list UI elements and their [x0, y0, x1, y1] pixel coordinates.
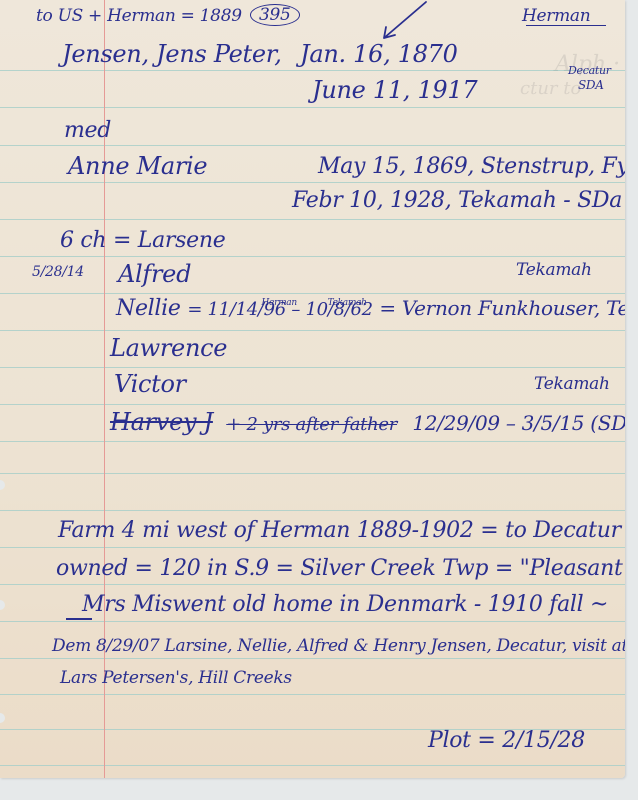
ruled-line [0, 658, 625, 659]
birth-place-note: Herman [262, 298, 297, 308]
ruled-line [0, 441, 625, 442]
child-name-lawrence: Lawrence [110, 334, 227, 362]
edge-tear [0, 480, 5, 490]
spouse-death: Febr 10, 1928, Tekamah - SDa Decatur [292, 188, 625, 213]
ruled-line [0, 473, 625, 474]
margin-line [104, 0, 105, 778]
ruled-line [0, 293, 625, 294]
ruled-line [0, 256, 625, 257]
ruled-line [0, 694, 625, 695]
ruled-line [0, 219, 625, 220]
plot-date: Plot = 2/15/28 [428, 728, 585, 753]
ruled-line [0, 404, 625, 405]
ruled-line [0, 547, 625, 548]
children-label: 6 ch = Larsene [60, 228, 225, 253]
ruled-line [0, 182, 625, 183]
ruled-line [0, 330, 625, 331]
note-underline-mark [66, 618, 92, 620]
child-dates-harvey: 12/29/09 – 3/5/15 (SDa) [412, 411, 625, 435]
top-note: to US + Herman = 1889 [36, 6, 242, 26]
struck-note: + 2 yrs after father [226, 414, 397, 435]
ruled-line [0, 510, 625, 511]
child-name-alfred: Alfred [118, 260, 191, 288]
ruled-line [0, 107, 625, 108]
ruled-line [0, 367, 625, 368]
record-number: 395 [250, 4, 300, 26]
subject-death-date: June 11, 1917 [312, 76, 477, 104]
child-row-nellie: Nellie = 11/14/96 – 10/8/62 Herman Tekam… [116, 296, 625, 321]
child-name-victor: Victor [114, 370, 186, 398]
ruled-line [0, 145, 625, 146]
ruled-line [0, 765, 625, 766]
child-name-harvey: Harvey J [110, 408, 213, 436]
spouse-birth: May 15, 1869, Stenstrup, Fyn [318, 154, 625, 179]
married-label: med [64, 118, 111, 143]
death-org-note: SDA [578, 78, 604, 92]
ruled-line [0, 70, 625, 71]
notebook-page: Alph · yo ctur to to US + Herman = 1889 … [0, 0, 625, 778]
ruled-line [0, 584, 625, 585]
edge-tear [0, 713, 5, 723]
subject-birth-date: Jan. 16, 1870 [300, 40, 458, 68]
edge-tear [0, 600, 5, 610]
death-place-note: Tekamah [328, 298, 367, 308]
child-spouse-nellie: = Vernon Funkhouser, Tekamah [379, 296, 625, 320]
subject-name: Jensen, Jens Peter, [62, 40, 282, 68]
side-date: 5/28/14 [32, 264, 84, 280]
child-name-nellie: Nellie [116, 296, 181, 321]
child-place-victor: Tekamah [534, 374, 610, 394]
note-line-2: owned = 120 in S.9 = Silver Creek Twp = … [56, 556, 625, 581]
place-label: Herman [522, 6, 590, 26]
child-row-harvey: Harvey J + 2 yrs after father 12/29/09 –… [110, 408, 625, 436]
note-line-3: Mrs Miswent old home in Denmark - 1910 f… [82, 592, 608, 617]
child-place-alfred: Tekamah [516, 260, 592, 280]
bleed-through-text: ctur to [520, 78, 581, 99]
place-underline [526, 25, 606, 26]
note-line-1: Farm 4 mi west of Herman 1889-1902 = to … [58, 518, 625, 543]
arrow-icon [378, 0, 430, 42]
ruled-line [0, 621, 625, 622]
note-line-5: Lars Petersen's, Hill Creeks [60, 668, 292, 688]
death-place-note: Decatur [568, 64, 611, 77]
spouse-name: Anne Marie [68, 152, 207, 180]
note-line-4: Dem 8/29/07 Larsine, Nellie, Alfred & He… [52, 636, 625, 656]
